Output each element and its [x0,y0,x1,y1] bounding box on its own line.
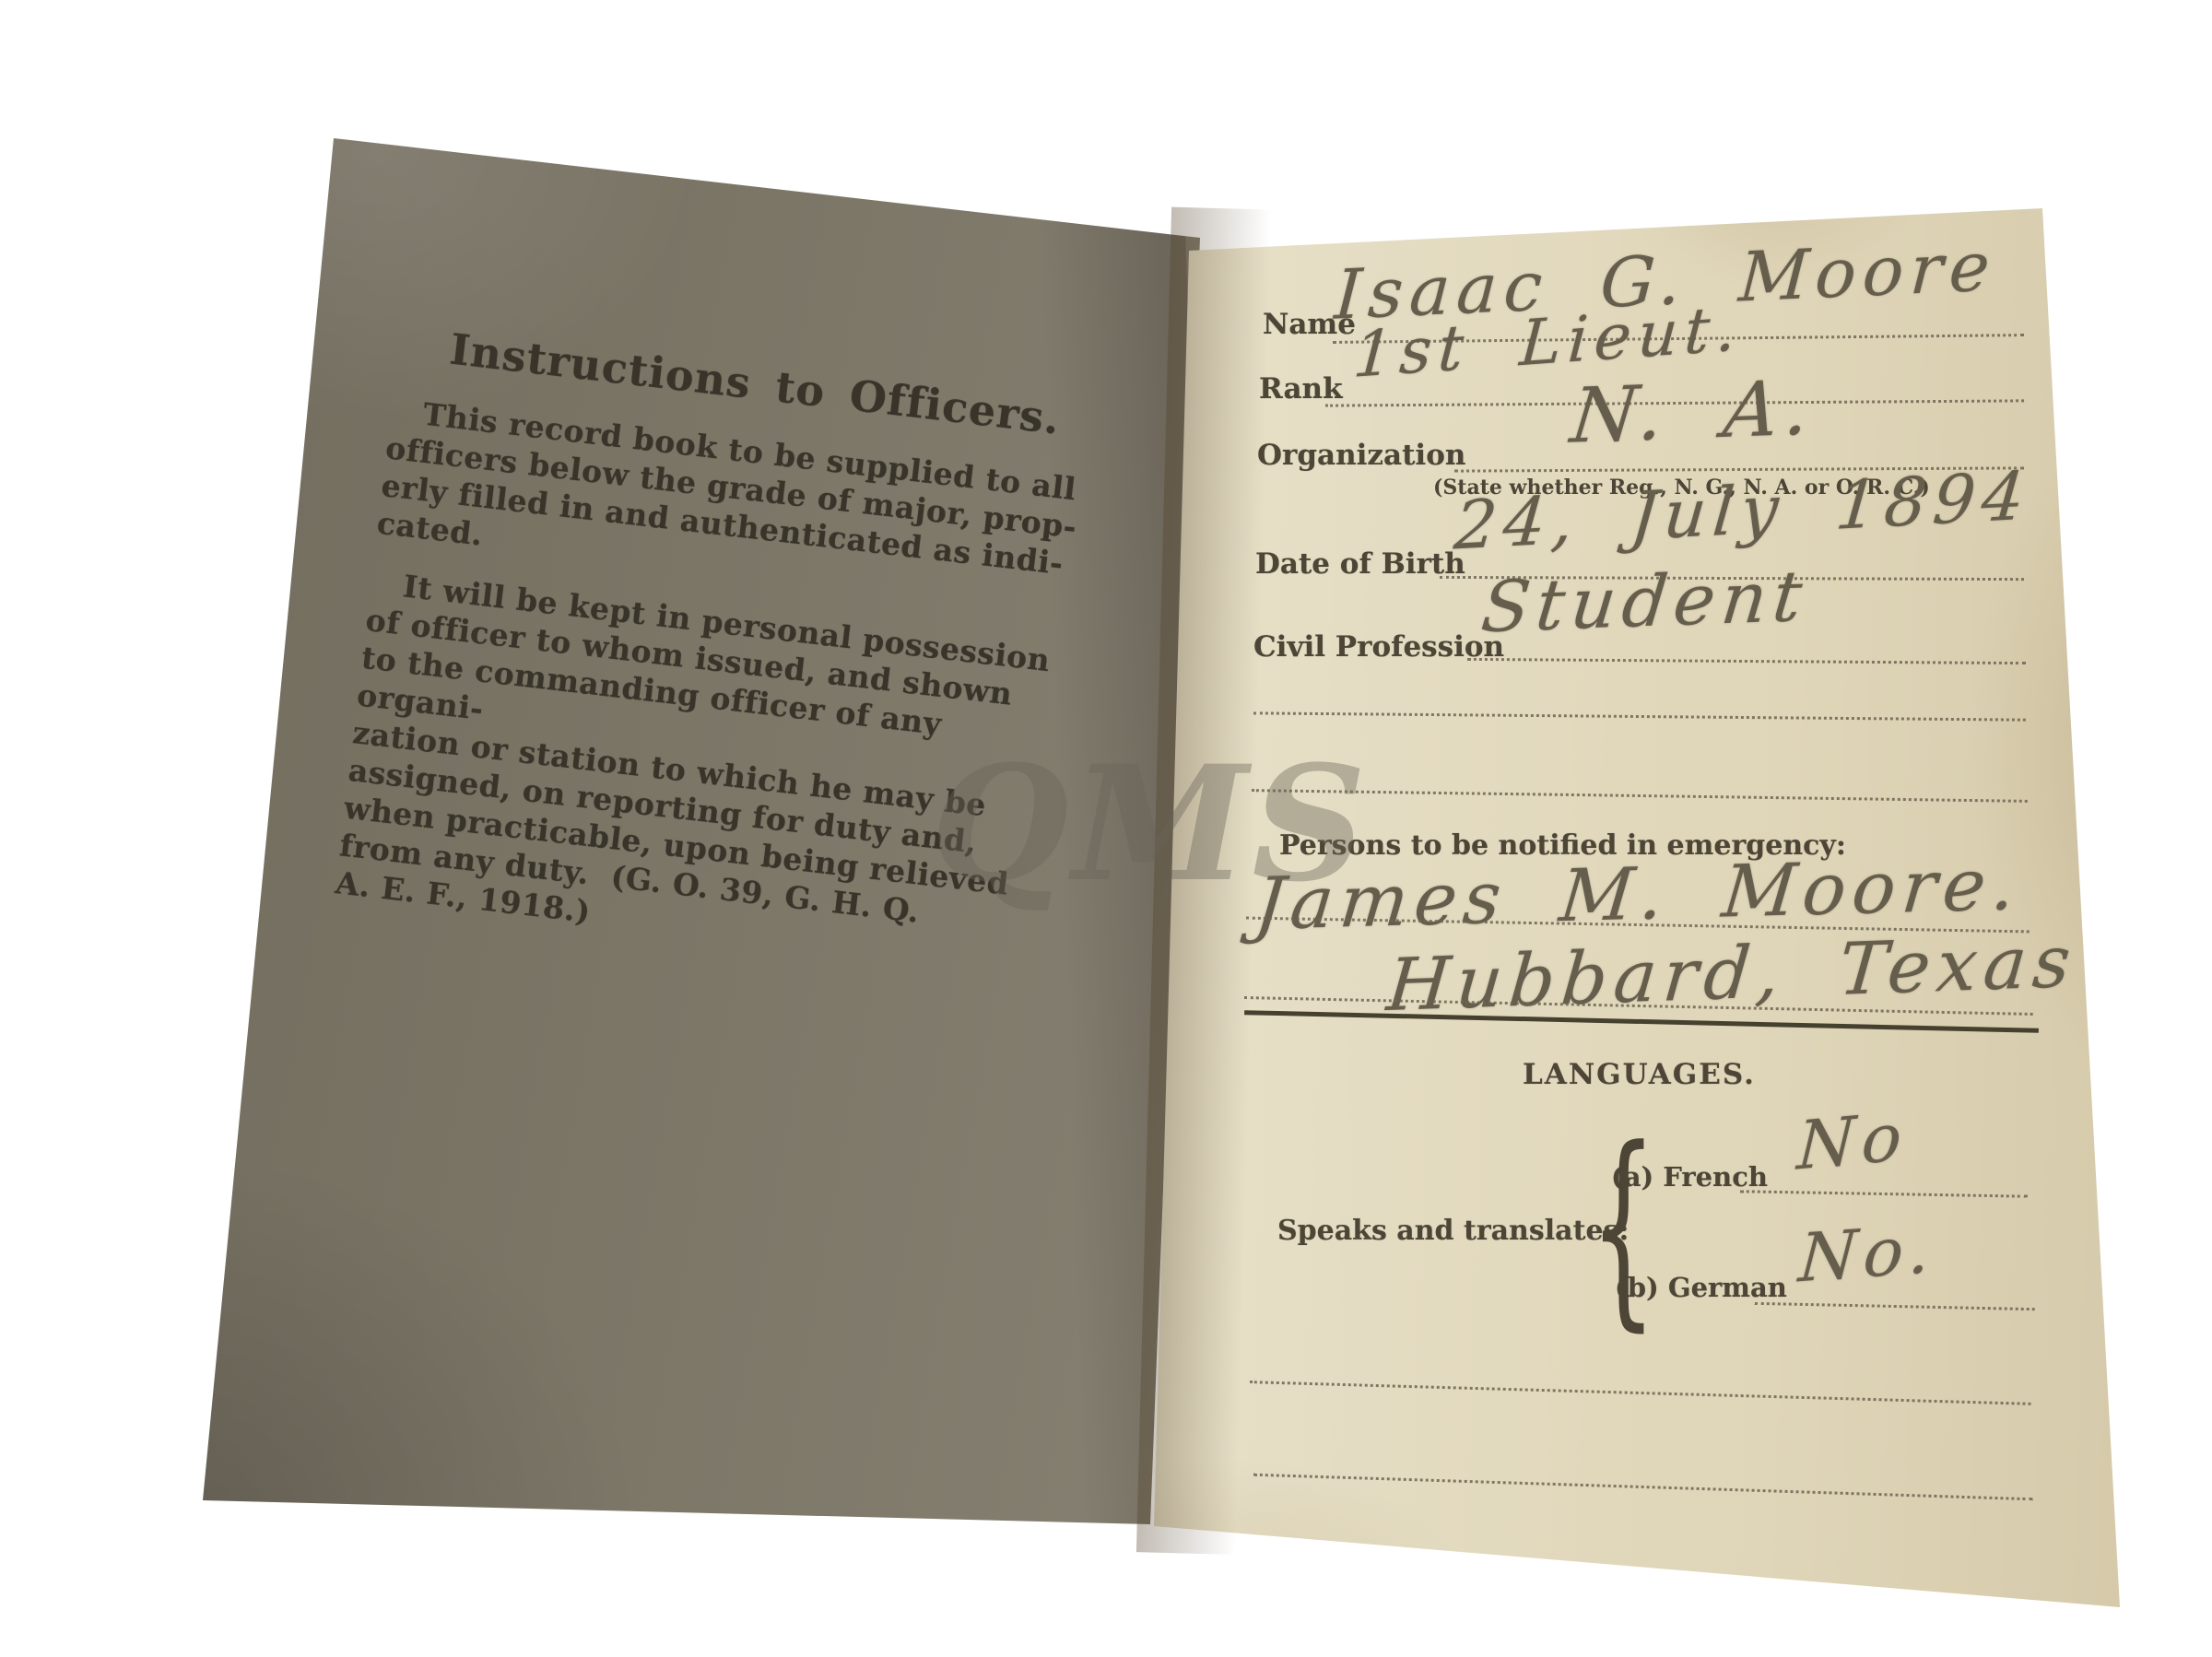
qms-watermark: QMS [931,730,1370,917]
organization-label: Organization [1257,439,1465,472]
civil-profession-value: Student [1477,555,1812,649]
french-value: No [1795,1097,1910,1184]
organization-value: N. A. [1567,364,1820,461]
date-of-birth-label: Date of Birth [1255,547,1465,581]
languages-heading: LANGUAGES. [1523,1058,1756,1091]
speaks-translates-label: Speaks and translates: [1277,1215,1630,1247]
german-value: No. [1796,1209,1939,1297]
photo-of-record-book: Instructions to Officers. This record bo… [0,0,2212,1657]
